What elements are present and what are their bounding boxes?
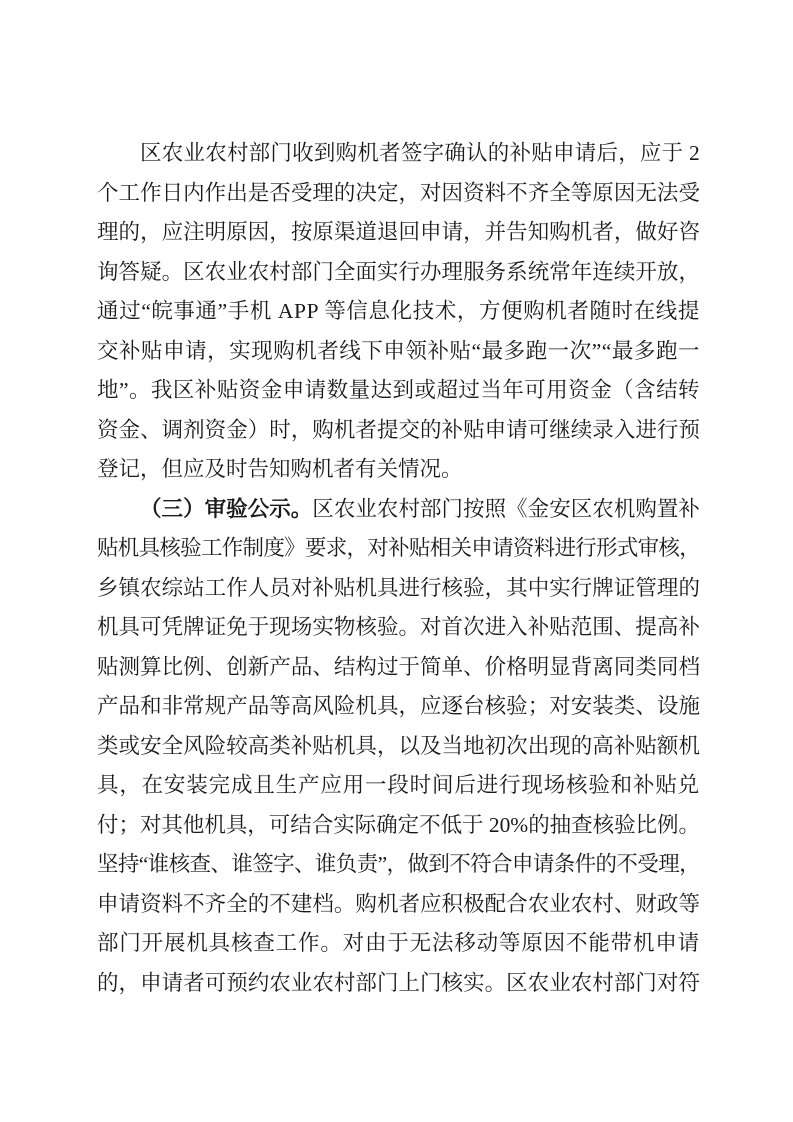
text-line: 贴测算比例、创新产品、结构过于简单、价格明显背离同类同档 (97, 648, 700, 688)
text-run: 询答疑。区农业农村部门全面实行办理服务系统常年连续开放， (97, 260, 700, 284)
text-run: 申请资料不齐全的不建档。购机者应积极配合农业农村、财政等 (97, 892, 700, 916)
text-run: 通过“皖事通”手机 APP 等信息化技术，方便购机者随时在线提 (97, 299, 700, 323)
text-run: 坚持“谁核查、谁签字、谁负责”，做到不符合申请条件的不受理， (97, 852, 700, 876)
text-run: 资金、调剂资金）时，购机者提交的补贴申请可继续录入进行预 (97, 418, 700, 442)
text-run: 交补贴申请，实现购机者线下申领补贴“最多跑一次”“最多跑一 (97, 339, 700, 363)
text-line: 具，在安装完成且生产应用一段时间后进行现场核验和补贴兑 (97, 766, 700, 806)
text-run: 贴机具核验工作制度》要求，对补贴相关申请资料进行形式审核， (97, 536, 700, 560)
text-line: 登记，但应及时告知购机者有关情况。 (97, 450, 700, 490)
text-line: 地”。我区补贴资金申请数量达到或超过当年可用资金（含结转 (97, 371, 700, 411)
text-run: 付；对其他机具，可结合实际确定不低于 20%的抽查核验比例。 (97, 813, 700, 837)
text-run: 乡镇农综站工作人员对补贴机具进行核验，其中实行牌证管理的 (97, 576, 700, 600)
text-line: 付；对其他机具，可结合实际确定不低于 20%的抽查核验比例。 (97, 806, 700, 846)
text-run: 区农业农村部门按照《金安区农机购置补 (312, 497, 700, 521)
text-line: 资金、调剂资金）时，购机者提交的补贴申请可继续录入进行预 (97, 411, 700, 451)
text-run: 具，在安装完成且生产应用一段时间后进行现场核验和补贴兑 (97, 773, 700, 797)
text-line: 区农业农村部门收到购机者签字确认的补贴申请后，应于 2 (97, 134, 700, 174)
text-line: 交补贴申请，实现购机者线下申领补贴“最多跑一次”“最多跑一 (97, 332, 700, 372)
text-line: 贴机具核验工作制度》要求，对补贴相关申请资料进行形式审核， (97, 529, 700, 569)
text-run: 登记，但应及时告知购机者有关情况。 (97, 457, 463, 481)
text-run: 的，申请者可预约农业农村部门上门核实。区农业农村部门对符 (97, 971, 700, 995)
text-line: 类或安全风险较高类补贴机具，以及当地初次出现的高补贴额机 (97, 727, 700, 767)
text-line: 乡镇农综站工作人员对补贴机具进行核验，其中实行牌证管理的 (97, 569, 700, 609)
text-line: 的，申请者可预约农业农村部门上门核实。区农业农村部门对符 (97, 964, 700, 1004)
text-run: 产品和非常规产品等高风险机具，应逐台核验；对安装类、设施 (97, 694, 700, 718)
bold-text-run: （三）审验公示。 (140, 497, 312, 521)
text-line: 部门开展机具核查工作。对由于无法移动等原因不能带机申请 (97, 924, 700, 964)
text-line: 坚持“谁核查、谁签字、谁负责”，做到不符合申请条件的不受理， (97, 845, 700, 885)
text-run: 机具可凭牌证免于现场实物核验。对首次进入补贴范围、提高补 (97, 615, 700, 639)
document-page: 区农业农村部门收到购机者签字确认的补贴申请后，应于 2个工作日内作出是否受理的决… (0, 0, 793, 1122)
text-run: 类或安全风险较高类补贴机具，以及当地初次出现的高补贴额机 (97, 734, 700, 758)
text-line: 通过“皖事通”手机 APP 等信息化技术，方便购机者随时在线提 (97, 292, 700, 332)
text-line: 理的，应注明原因，按原渠道退回申请，并告知购机者，做好咨 (97, 213, 700, 253)
text-run: 理的，应注明原因，按原渠道退回申请，并告知购机者，做好咨 (97, 220, 700, 244)
text-run: 部门开展机具核查工作。对由于无法移动等原因不能带机申请 (97, 931, 700, 955)
text-line: 产品和非常规产品等高风险机具，应逐台核验；对安装类、设施 (97, 687, 700, 727)
text-line: 申请资料不齐全的不建档。购机者应积极配合农业农村、财政等 (97, 885, 700, 925)
text-run: 贴测算比例、创新产品、结构过于简单、价格明显背离同类同档 (97, 655, 700, 679)
text-line: 个工作日内作出是否受理的决定，对因资料不齐全等原因无法受 (97, 174, 700, 214)
text-line: 机具可凭牌证免于现场实物核验。对首次进入补贴范围、提高补 (97, 608, 700, 648)
text-run: 地”。我区补贴资金申请数量达到或超过当年可用资金（含结转 (97, 378, 700, 402)
text-run: 个工作日内作出是否受理的决定，对因资料不齐全等原因无法受 (97, 181, 700, 205)
text-line: （三）审验公示。区农业农村部门按照《金安区农机购置补 (97, 490, 700, 530)
text-run: 区农业农村部门收到购机者签字确认的补贴申请后，应于 2 (140, 141, 700, 165)
document-body: 区农业农村部门收到购机者签字确认的补贴申请后，应于 2个工作日内作出是否受理的决… (97, 134, 700, 1003)
text-line: 询答疑。区农业农村部门全面实行办理服务系统常年连续开放， (97, 253, 700, 293)
